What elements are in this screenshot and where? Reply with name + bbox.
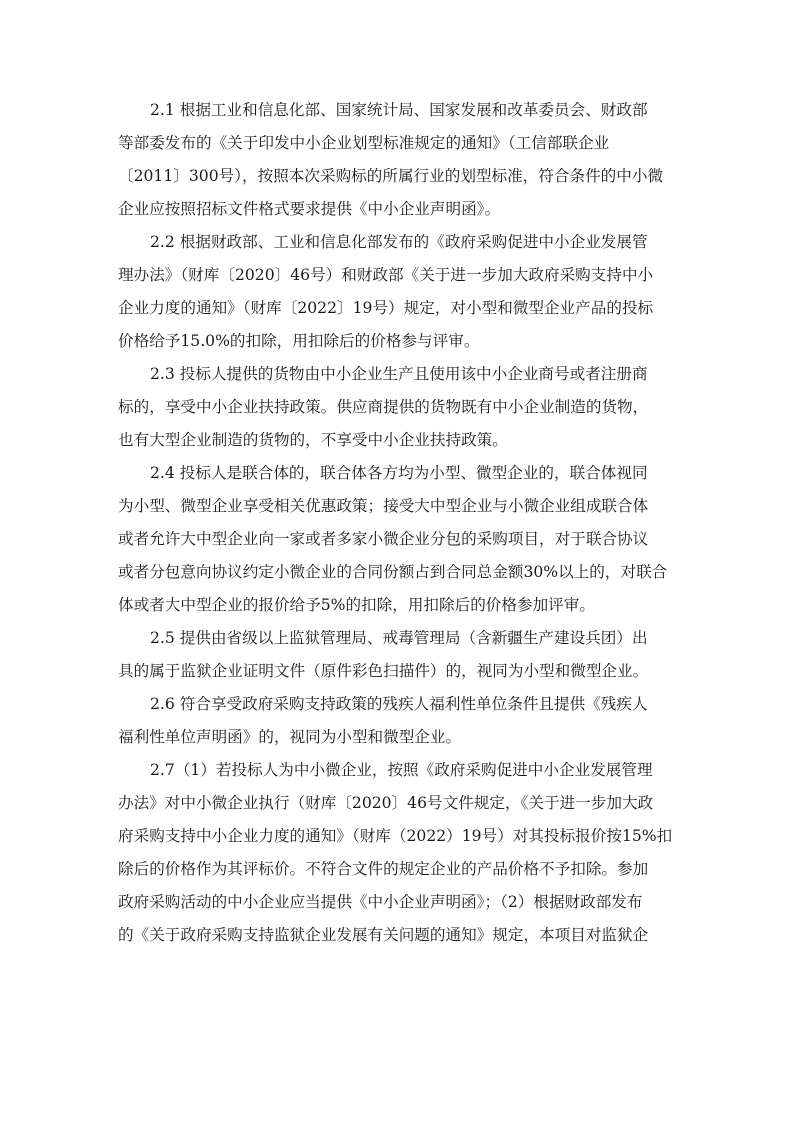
text-line: 2.4 投标人是联合体的，联合体各方均为小型、微型企业的，联合体视同 — [118, 457, 678, 490]
paragraph-2-6: 2.6 符合享受政府采购支持政策的残疾人福利性单位条件且提供《残疾人 福利性单位… — [118, 688, 678, 754]
text-line: 2.5 提供由省级以上监狱管理局、戒毒管理局（含新疆生产建设兵团）出 — [118, 622, 678, 655]
paragraph-2-3: 2.3 投标人提供的货物由中小企业生产且使用该中小企业商号或者注册商 标的，享受… — [118, 358, 678, 457]
text-line: 理办法》（财库〔2020〕46号）和财政部《关于进一步加大政府采购支持中小 — [118, 259, 678, 292]
text-line: 具的属于监狱企业证明文件（原件彩色扫描件）的，视同为小型和微型企业。 — [118, 655, 678, 688]
text-line: 除后的价格作为其评标价。不符合文件的规定企业的产品价格不予扣除。参加 — [118, 853, 678, 886]
text-line: 等部委发布的《关于印发中小企业划型标准规定的通知》（工信部联企业 — [118, 127, 678, 160]
paragraph-2-2: 2.2 根据财政部、工业和信息化部发布的《政府采购促进中小企业发展管 理办法》（… — [118, 226, 678, 358]
text-line: 〔2011〕300号），按照本次采购标的所属行业的划型标准，符合条件的中小微 — [118, 160, 678, 193]
text-line: 2.7（1）若投标人为中小微企业，按照《政府采购促进中小企业发展管理 — [118, 754, 678, 787]
text-line: 府采购支持中小企业力度的通知》（财库（2022）19号）对其投标报价按15%扣 — [118, 820, 678, 853]
text-line: 2.6 符合享受政府采购支持政策的残疾人福利性单位条件且提供《残疾人 — [118, 688, 678, 721]
text-line: 为小型、微型企业享受相关优惠政策；接受大中型企业与小微企业组成联合体 — [118, 490, 678, 523]
paragraph-2-7: 2.7（1）若投标人为中小微企业，按照《政府采购促进中小企业发展管理 办法》对中… — [118, 754, 678, 952]
text-line: 2.2 根据财政部、工业和信息化部发布的《政府采购促进中小企业发展管 — [118, 226, 678, 259]
text-line: 的《关于政府采购支持监狱企业发展有关问题的通知》规定，本项目对监狱企 — [118, 919, 678, 952]
text-line: 福利性单位声明函》的，视同为小型和微型企业。 — [118, 721, 678, 754]
text-line: 或者分包意向协议约定小微企业的合同份额占到合同总金额30%以上的，对联合 — [118, 556, 678, 589]
paragraph-2-4: 2.4 投标人是联合体的，联合体各方均为小型、微型企业的，联合体视同 为小型、微… — [118, 457, 678, 622]
text-line: 体或者大中型企业的报价给予5%的扣除，用扣除后的价格参加评审。 — [118, 589, 678, 622]
text-line: 企业应按照招标文件格式要求提供《中小企业声明函》。 — [118, 193, 678, 226]
text-line: 标的，享受中小企业扶持政策。供应商提供的货物既有中小企业制造的货物， — [118, 391, 678, 424]
document-page: 2.1 根据工业和信息化部、国家统计局、国家发展和改革委员会、财政部 等部委发布… — [118, 94, 678, 952]
text-line: 办法》对中小微企业执行（财库〔2020〕46号文件规定，《关于进一步加大政 — [118, 787, 678, 820]
text-line: 价格给予15.0%的扣除，用扣除后的价格参与评审。 — [118, 325, 678, 358]
text-line: 2.3 投标人提供的货物由中小企业生产且使用该中小企业商号或者注册商 — [118, 358, 678, 391]
text-line: 或者允许大中型企业向一家或者多家小微企业分包的采购项目，对于联合协议 — [118, 523, 678, 556]
paragraph-2-1: 2.1 根据工业和信息化部、国家统计局、国家发展和改革委员会、财政部 等部委发布… — [118, 94, 678, 226]
text-line: 也有大型企业制造的货物的，不享受中小企业扶持政策。 — [118, 424, 678, 457]
text-line: 2.1 根据工业和信息化部、国家统计局、国家发展和改革委员会、财政部 — [118, 94, 678, 127]
text-line: 政府采购活动的中小企业应当提供《中小企业声明函》；（2）根据财政部发布 — [118, 886, 678, 919]
text-line: 企业力度的通知》（财库〔2022〕19号）规定，对小型和微型企业产品的投标 — [118, 292, 678, 325]
paragraph-2-5: 2.5 提供由省级以上监狱管理局、戒毒管理局（含新疆生产建设兵团）出 具的属于监… — [118, 622, 678, 688]
